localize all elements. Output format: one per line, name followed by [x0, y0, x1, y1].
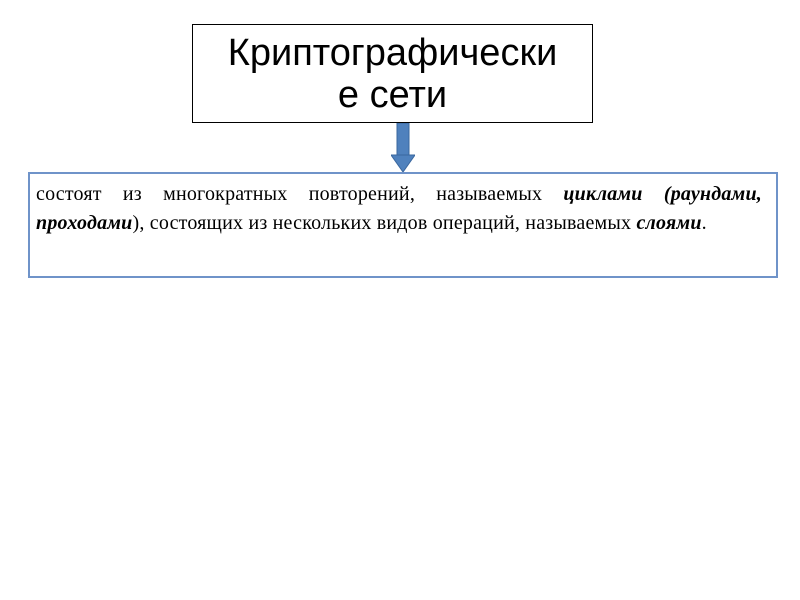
title-line-2: е сети: [338, 74, 447, 116]
term-cycles: циклами: [563, 183, 642, 205]
title-box: Криптографически е сети: [192, 24, 593, 123]
title-line-1: Криптографически: [228, 32, 558, 74]
description-text: состоят из многократных повторений, назы…: [36, 180, 762, 238]
title-text: Криптографически е сети: [198, 32, 588, 116]
term-layers: слоями: [636, 212, 701, 234]
term-passes: проходами: [36, 212, 133, 234]
term-rounds: раундами: [671, 183, 757, 205]
down-arrow-icon: [391, 123, 415, 173]
description-box: состоят из многократных повторений, назы…: [28, 172, 778, 278]
